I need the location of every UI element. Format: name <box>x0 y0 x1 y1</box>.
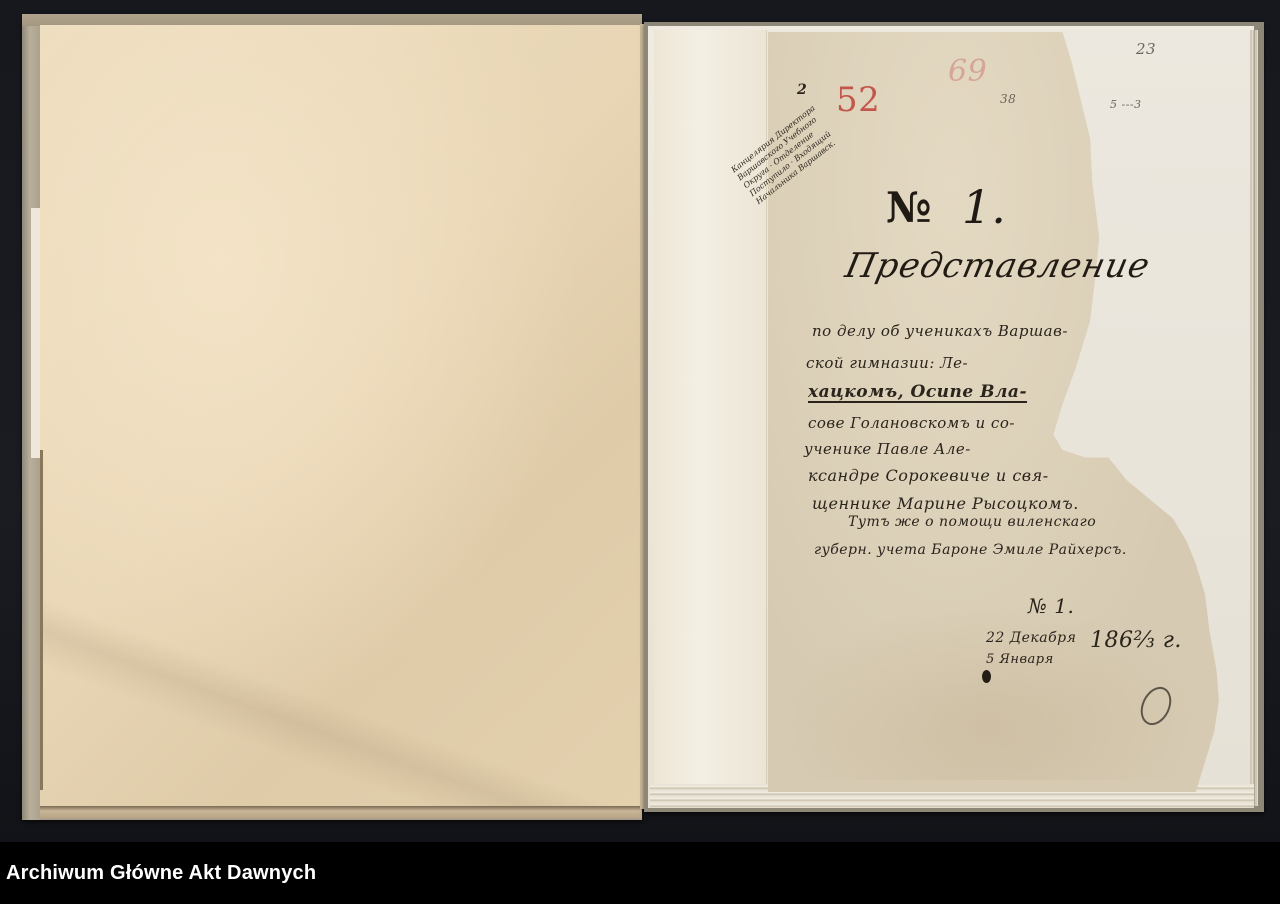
body-line-7: щеннике Марине Рысоцкомъ. <box>812 494 1079 513</box>
date-line-2: 5 Января <box>986 652 1054 667</box>
left-page-bottom-edge <box>40 806 642 818</box>
folio-number: 23 <box>1136 40 1156 58</box>
faded-red-number: 69 <box>948 54 987 89</box>
ink-blot <box>982 670 991 683</box>
body-line-5: ученике Павле Але- <box>804 440 971 458</box>
faint-pencil-mark: 5 ---3 <box>1110 98 1142 111</box>
left-page-fold-shadow <box>40 560 642 807</box>
year: 186⅔ г. <box>1090 628 1182 653</box>
body-line-2: ской гимназии: Ле- <box>806 354 968 372</box>
body-line-4: сове Голановскомъ и со- <box>808 414 1015 432</box>
binding-guard-strip <box>654 30 767 790</box>
left-page-edge-line <box>40 450 43 790</box>
date-line-1: 22 Декабря <box>986 630 1076 646</box>
body-line-3: хацкомъ, Осипе Вла- <box>808 382 1027 402</box>
body-line-6: ксандре Сорокевиче и свя- <box>808 466 1049 485</box>
note-line-1: Тутъ же о помощи виленскаго <box>848 514 1096 530</box>
faded-pencil-number: 38 <box>1000 92 1016 106</box>
corner-mark: 2 <box>797 82 807 98</box>
document-number: 1. <box>962 180 1006 234</box>
number-sign: № <box>886 183 932 232</box>
archive-caption: Archiwum Główne Akt Dawnych <box>6 862 316 885</box>
document-title: Представление <box>842 246 1154 286</box>
body-line-1: по делу об ученикахъ Варшав- <box>812 322 1068 340</box>
water-stain <box>780 600 1200 780</box>
register-number: № 1. <box>1028 594 1074 618</box>
note-line-2: губерн. учета Бароне Эмиле Райхерсъ. <box>814 542 1127 558</box>
